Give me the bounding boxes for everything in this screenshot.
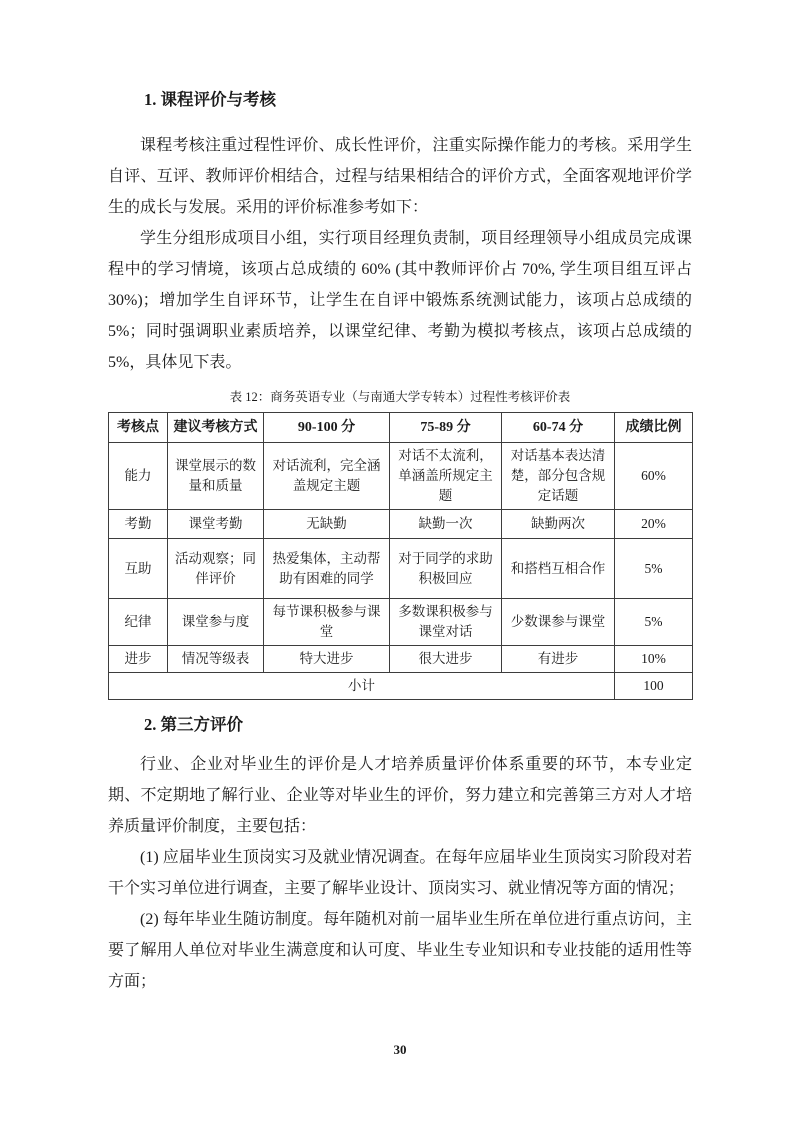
table-row-progress: 进步 情况等级表 特大进步 很大进步 有进步 10% [109, 646, 693, 673]
table-cell: 热爱集体，主动帮助有困难的同学 [264, 539, 390, 599]
table-cell: 5% [615, 599, 693, 646]
subtotal-label-cell: 小计 [109, 673, 615, 700]
table-cell: 10% [615, 646, 693, 673]
column-header-point: 考核点 [109, 413, 168, 443]
table-row-mutual-help: 互助 活动观察；同伴评价 热爱集体，主动帮助有困难的同学 对于同学的求助积极回应… [109, 539, 693, 599]
table-cell: 对于同学的求助积极回应 [390, 539, 502, 599]
table-row-ability: 能力 课堂展示的数量和质量 对话流利，完全涵盖规定主题 对话不太流利，单涵盖所规… [109, 443, 693, 510]
page-content: 1. 课程评价与考核 课程考核注重过程性评价、成长性评价，注重实际操作能力的考核… [108, 88, 692, 997]
table-cell: 对话流利，完全涵盖规定主题 [264, 443, 390, 510]
table-cell: 对话不太流利，单涵盖所规定主题 [390, 443, 502, 510]
paragraph-course-assessment-intro: 课程考核注重过程性评价、成长性评价，注重实际操作能力的考核。采用学生自评、互评、… [108, 130, 692, 223]
table-row-discipline: 纪律 课堂参与度 每节课积极参与课堂 多数课积极参与课堂对话 少数课参与课堂 5… [109, 599, 693, 646]
section-2-heading: 2. 第三方评价 [144, 713, 692, 737]
table-cell: 有进步 [502, 646, 615, 673]
table-cell: 很大进步 [390, 646, 502, 673]
column-header-method: 建议考核方式 [168, 413, 264, 443]
table-cell: 少数课参与课堂 [502, 599, 615, 646]
table-cell: 课堂考勤 [168, 510, 264, 539]
table-cell: 进步 [109, 646, 168, 673]
column-header-band-75-89: 75-89 分 [390, 413, 502, 443]
column-header-band-90-100: 90-100 分 [264, 413, 390, 443]
paragraph-item-2: (2) 每年毕业生随访制度。每年随机对前一届毕业生所在单位进行重点访问，主要了解… [108, 904, 692, 997]
paragraph-third-party-intro: 行业、企业对毕业生的评价是人才培养质量评价体系重要的环节，本专业定期、不定期地了… [108, 749, 692, 842]
table-cell: 缺勤一次 [390, 510, 502, 539]
table-cell: 纪律 [109, 599, 168, 646]
page-number: 30 [0, 1042, 800, 1058]
table-cell: 每节课积极参与课堂 [264, 599, 390, 646]
section-1-heading: 1. 课程评价与考核 [144, 88, 692, 112]
table-cell: 特大进步 [264, 646, 390, 673]
subtotal-value-cell: 100 [615, 673, 693, 700]
table-cell: 缺勤两次 [502, 510, 615, 539]
table-cell: 考勤 [109, 510, 168, 539]
column-header-ratio: 成绩比例 [615, 413, 693, 443]
process-assessment-table: 考核点 建议考核方式 90-100 分 75-89 分 60-74 分 成绩比例… [108, 412, 693, 700]
table-cell: 无缺勤 [264, 510, 390, 539]
table-cell: 60% [615, 443, 693, 510]
table-row-subtotal: 小计 100 [109, 673, 693, 700]
paragraph-item-1: (1) 应届毕业生顶岗实习及就业情况调查。在每年应届毕业生顶岗实习阶段对若干个实… [108, 842, 692, 904]
table-cell: 互助 [109, 539, 168, 599]
table-cell: 活动观察；同伴评价 [168, 539, 264, 599]
document-page: 1. 课程评价与考核 课程考核注重过程性评价、成长性评价，注重实际操作能力的考核… [0, 0, 800, 1131]
table-header-row: 考核点 建议考核方式 90-100 分 75-89 分 60-74 分 成绩比例 [109, 413, 693, 443]
table-row-attendance: 考勤 课堂考勤 无缺勤 缺勤一次 缺勤两次 20% [109, 510, 693, 539]
table-cell: 20% [615, 510, 693, 539]
table-caption: 表 12：商务英语专业（与南通大学专转本）过程性考核评价表 [108, 388, 692, 406]
table-cell: 情况等级表 [168, 646, 264, 673]
table-cell: 多数课积极参与课堂对话 [390, 599, 502, 646]
table-cell: 对话基本表达清楚，部分包含规定话题 [502, 443, 615, 510]
table-cell: 课堂展示的数量和质量 [168, 443, 264, 510]
table-cell: 课堂参与度 [168, 599, 264, 646]
table-cell: 和搭档互相合作 [502, 539, 615, 599]
table-cell: 能力 [109, 443, 168, 510]
table-cell: 5% [615, 539, 693, 599]
column-header-band-60-74: 60-74 分 [502, 413, 615, 443]
paragraph-grouping-scheme: 学生分组形成项目小组，实行项目经理负责制，项目经理领导小组成员完成课程中的学习情… [108, 223, 692, 378]
